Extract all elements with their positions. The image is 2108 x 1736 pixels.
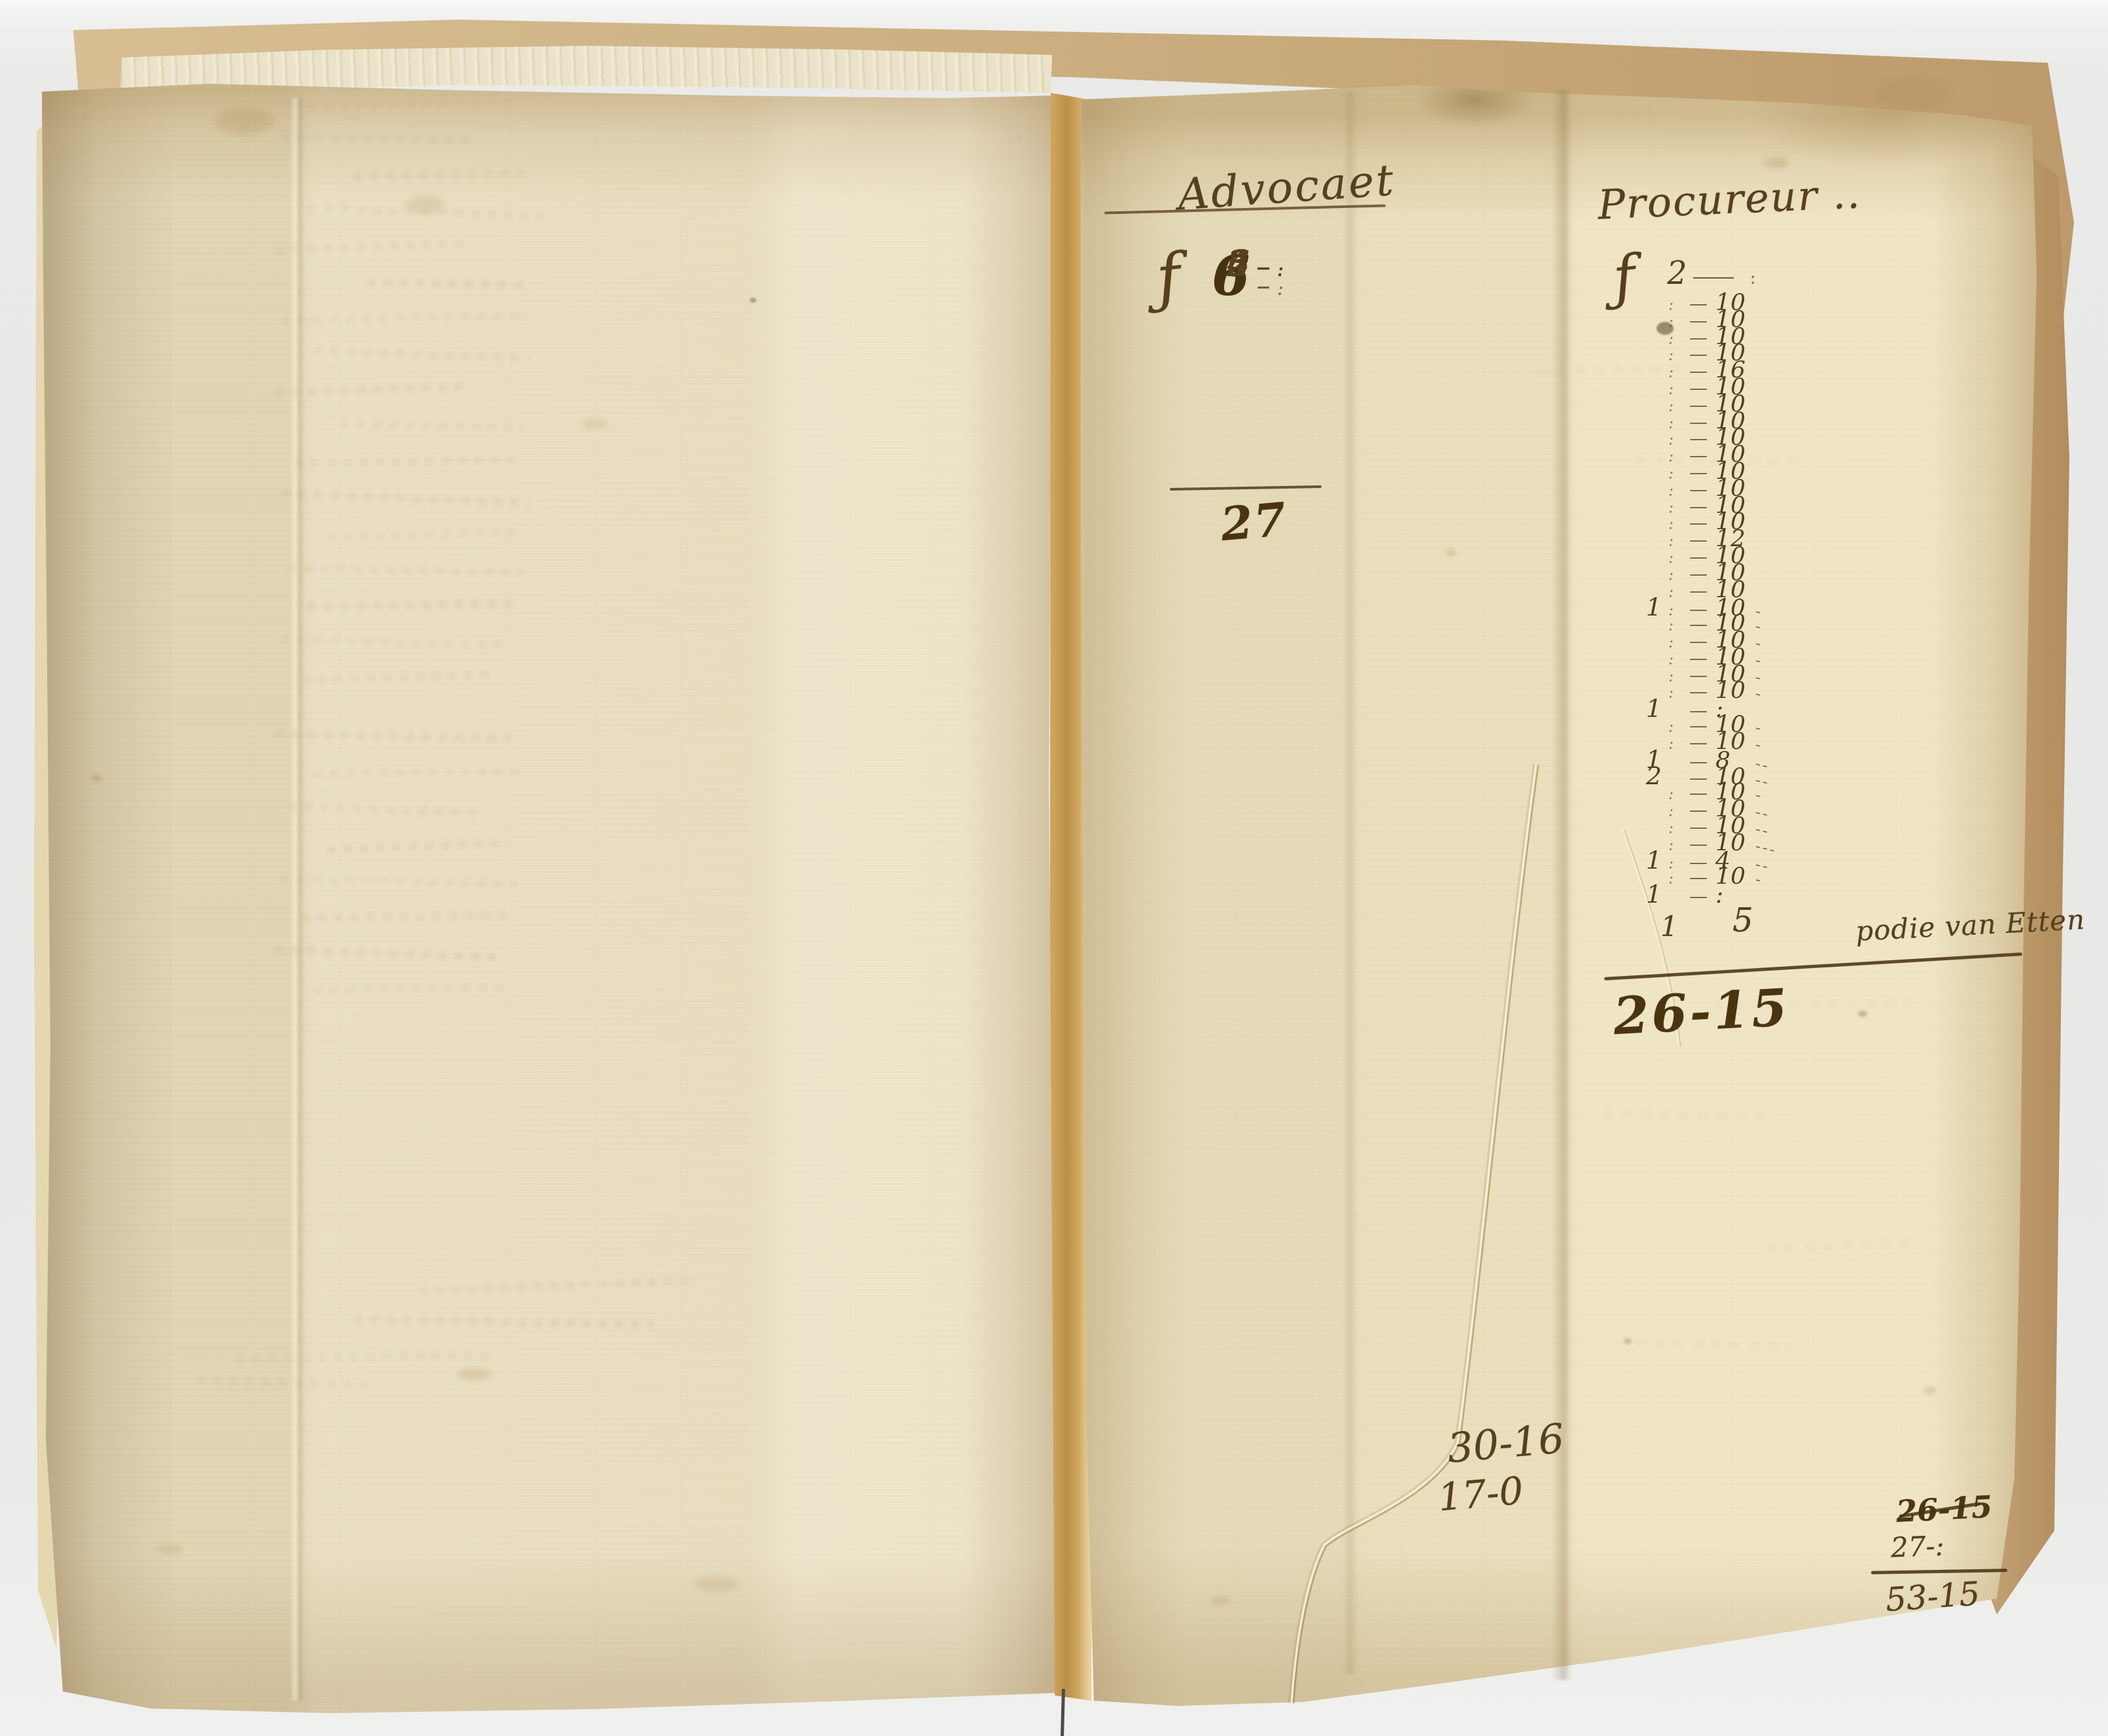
paper-stain <box>92 775 102 782</box>
entry-dots: : <box>1662 583 1680 601</box>
entry-florins: 2 <box>1638 761 1662 790</box>
entry-dots: : <box>1662 532 1680 550</box>
entry-dots: : <box>1662 667 1680 686</box>
paper-stain <box>1871 77 1950 110</box>
entry-dots: : <box>1662 414 1680 432</box>
entry-dots: : <box>1662 397 1680 415</box>
procureur-entry-list: : — 10 : — 10 : — 10 : — 10 <box>1638 289 1775 897</box>
paper-stain <box>750 298 756 303</box>
entry-dots: : <box>1662 313 1680 331</box>
entry-dots: : <box>1662 684 1680 702</box>
entry-dash: – <box>1250 251 1277 283</box>
paper-stain <box>582 419 608 429</box>
footnote-stuiver: 5 <box>1732 901 1753 939</box>
entry-dots: : <box>1662 616 1680 634</box>
procureur-total: 26-15 <box>1612 978 1791 1047</box>
entry-dots: : <box>1662 430 1680 449</box>
entry-dash: — <box>1680 886 1715 907</box>
bottom-center-sum-line2: 17-0 <box>1436 1468 1525 1519</box>
scanned-manuscript-spread: Advocaet ƒ 6 – : 4 – : 3 – : 2 – : 2 – <box>0 0 2108 1736</box>
first-dots: : <box>1750 267 1756 288</box>
paper-stain <box>216 108 275 134</box>
paper-stain <box>1924 1387 1937 1395</box>
advocaet-total: 27 <box>1219 492 1290 552</box>
entry-dots: : <box>1662 363 1680 381</box>
entry-dots: : <box>1662 481 1680 500</box>
entry-florins: 1 <box>1638 593 1662 621</box>
paper-stain <box>694 1576 739 1592</box>
entry-dots: : <box>1662 515 1680 533</box>
entry-dots: : <box>1662 380 1680 398</box>
entry-florins: 1 <box>1638 880 1662 909</box>
entry-dots: : <box>1662 296 1680 314</box>
entry-dots: : <box>1662 447 1680 466</box>
advocaet-entry-row: 2 – : <box>1212 243 1286 269</box>
paper-stain <box>1210 1596 1230 1605</box>
bottom-right-total: 53-15 <box>1884 1574 1981 1619</box>
first-dash: —— <box>1693 264 1733 290</box>
paper-stain <box>1446 549 1456 556</box>
bottom-right-sum-line2: 27-: <box>1890 1530 1944 1564</box>
entry-dots: : <box>1662 330 1680 348</box>
entry-dots: : <box>1662 498 1680 517</box>
entry-dots: : <box>1662 819 1680 837</box>
paper-stain <box>1763 157 1789 169</box>
entry-florins: 1 <box>1638 694 1662 723</box>
entry-amount: 2 <box>1212 243 1250 285</box>
bottom-center-sum-line1: 30-16 <box>1445 1414 1566 1472</box>
paper-stain <box>1858 1011 1867 1017</box>
entry-dots: : <box>1662 718 1680 736</box>
footnote-florin: 1 <box>1660 911 1678 943</box>
entry-florins: 1 <box>1638 846 1662 875</box>
entry-dots: : <box>1662 836 1680 854</box>
entry-dots: : <box>1662 633 1680 651</box>
paper-stain <box>1624 1338 1632 1344</box>
paper-stain <box>458 1368 491 1380</box>
entry-dots: : <box>1662 785 1680 803</box>
entry-dots: : <box>1277 258 1286 281</box>
entry-dots: : <box>1662 549 1680 567</box>
entry-dots: : <box>1662 346 1680 364</box>
first-amount: 2 <box>1667 255 1687 292</box>
entry-dots: : <box>1662 566 1680 584</box>
entry-dots: : <box>1662 464 1680 483</box>
entry-dots: : <box>1662 650 1680 668</box>
procureur-first-line: 2 —— : <box>1667 255 1756 292</box>
entry-dots: : <box>1662 802 1680 820</box>
paper-stain <box>406 196 445 213</box>
entry-dots: : <box>1662 735 1680 753</box>
paper-stain <box>157 1544 183 1554</box>
procureur-entry-row: : — 10 <box>1638 289 1775 306</box>
stain-layer <box>0 0 2108 1736</box>
entry-dots: : <box>1662 869 1680 888</box>
